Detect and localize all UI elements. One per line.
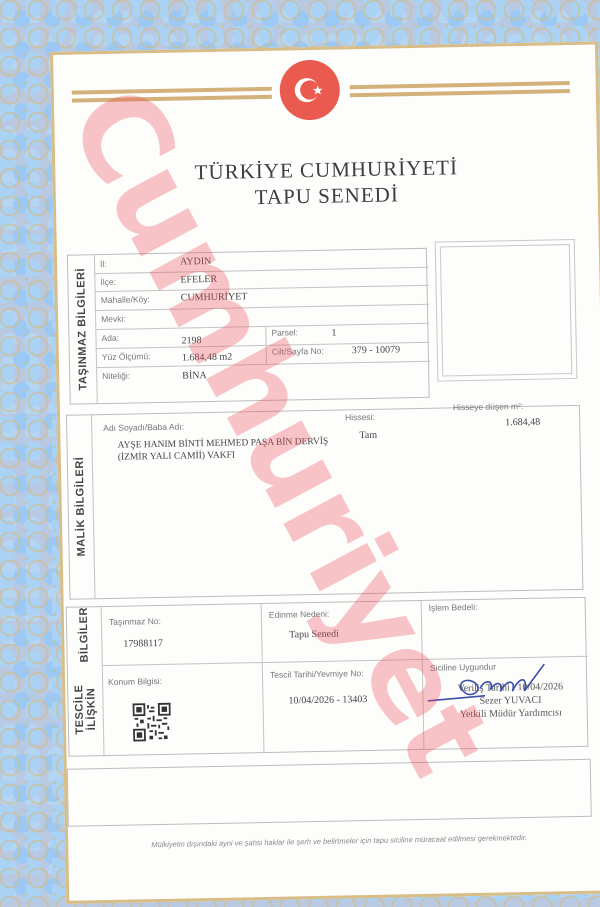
yuzolcumu-value: 1.684,48 m2 [182, 352, 232, 364]
share-value: Tam [359, 430, 377, 441]
property-no-value: 17988117 [123, 638, 163, 650]
il-label: İl: [100, 259, 107, 269]
owner-name-line2: (İZMİR YALI CAMİİ) VAKFI [118, 451, 235, 463]
property-info-title: TAŞINMAZ BİLGİLERİ [68, 255, 97, 403]
owner-info-section: MALİK BİLGİLERİ Adı Soyadı/Baba Adı: AYŞ… [66, 405, 583, 600]
ada-label: Ada: [101, 333, 119, 343]
ilce-value: EFELER [180, 274, 217, 286]
niteligi-value: BİNA [182, 370, 207, 381]
ada-value: 2198 [181, 335, 201, 346]
acquisition-reason-label: Edinme Nedeni: [269, 609, 330, 620]
share-label: Hissesi: [345, 412, 375, 423]
parsel-value: 1 [331, 328, 336, 339]
registration-info-title: TESCİLE İLİŞKİN BİLGİLER [67, 607, 104, 756]
property-no-label: Taşınmaz No: [109, 616, 161, 627]
qr-code-icon[interactable] [133, 702, 172, 743]
acquisition-reason-value: Tapu Senedi [289, 629, 339, 641]
share-area-value: 1.684,48 [505, 417, 540, 429]
gold-divider-left-top [72, 87, 272, 95]
registration-info-section: TESCİLE İLİŞKİN BİLGİLER Taşınmaz No: 17… [66, 597, 589, 757]
niteligi-label: Niteliği: [102, 371, 130, 382]
cilt-sayfa-label: Cilt/Sayfa No: [272, 346, 324, 357]
owner-info-title: MALİK BİLGİLERİ [67, 415, 95, 598]
parsel-label: Parsel: [271, 327, 298, 338]
owner-name-line1: AYŞE HANIM BİNTİ MEHMED PAŞA BİN DERVİŞ [117, 437, 328, 451]
mahalle-label: Mahalle/Köy: [101, 294, 150, 305]
registration-date-label: Tescil Tarihi/Yevmiye No: [270, 668, 364, 680]
gold-divider-right-top [350, 81, 570, 89]
blank-frame [435, 239, 578, 382]
mevki-label: Mevki: [101, 314, 126, 324]
transaction-fee-label: İşlem Bedeli: [429, 602, 478, 613]
title-deed-sheet: TÜRKİYE CUMHURİYETİ TAPU SENEDİ TAŞINMAZ… [50, 41, 600, 903]
mahalle-value: CUMHURİYET [181, 291, 248, 303]
property-info-section: TAŞINMAZ BİLGİLERİ İl: AYDIN İlçe: EFELE… [67, 248, 430, 405]
yuzolcumu-label: Yüz Ölçümü: [102, 351, 151, 362]
registration-date-value: 10/04/2026 - 13403 [288, 694, 367, 707]
cilt-sayfa-value: 379 - 10079 [352, 344, 401, 356]
location-info-label: Konum Bilgisi: [108, 676, 162, 687]
registration-title-line1: TESCİLE İLİŞKİN [73, 663, 99, 756]
owner-name-label: Adı Soyadı/Baba Adı: [103, 421, 184, 433]
signature-icon [424, 660, 565, 713]
share-area-label: Hisseye düşen m²: [453, 401, 524, 412]
footer-note: Mülkiyetin dışındaki ayni ve şahsi hakla… [68, 831, 600, 850]
gold-divider-left-bottom [72, 95, 272, 103]
turkish-flag-crescent-star-icon [279, 59, 340, 120]
gold-divider-right-bottom [350, 89, 570, 97]
annotations-box [67, 759, 592, 827]
il-value: AYDIN [180, 256, 212, 268]
registration-title-line2: BİLGİLER [78, 607, 91, 663]
ilce-label: İlçe: [100, 277, 116, 287]
